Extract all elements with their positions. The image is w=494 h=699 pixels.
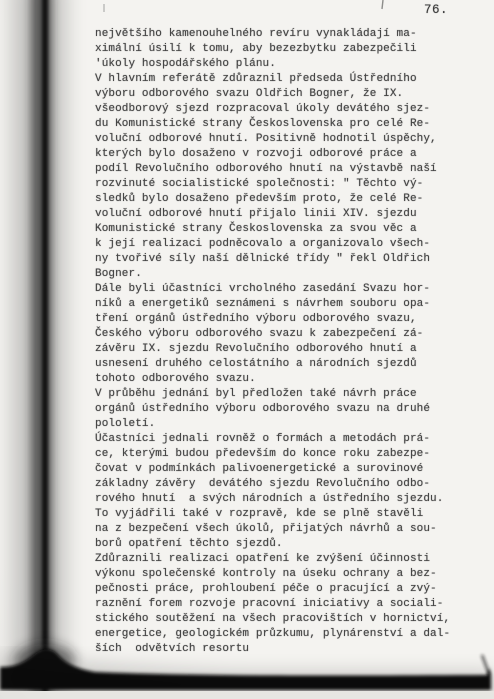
text-line: podíl Revolučního odborového hnutí na vý… [95,162,470,177]
text-line: du Komunistické strany Československa pr… [95,117,470,132]
text-line: Dále byli účastníci vrcholného zasedání … [95,282,470,297]
text-line: výboru odborového svazu Oldřich Bogner, … [95,87,470,102]
text-line: rového hnutí a svých národních a ústředn… [95,492,470,507]
text-line: borů opatření těchto sjezdů. [95,537,470,552]
text-line: raznění forem rozvoje pracovní iniciativ… [95,597,470,612]
text-line: tření orgánů ústředního výboru odborovéh… [95,312,470,327]
text-line: závěru IX. sjezdu Revolučního odborového… [95,342,470,357]
text-line: voluční odborové hnutí přijalo linii XIV… [95,207,470,222]
text-line: sledků bylo dosaženo především proto, že… [95,192,470,207]
text-line: tohoto odborového svazu. [95,372,470,387]
text-line: největšího kamenouhelného revíru vynaklá… [95,27,470,42]
text-line: k její realizaci podněcovalo a organizov… [95,237,470,252]
text-line: základny závěry devátého sjezdu Revolučn… [95,477,470,492]
text-line: 'úkoly hospodářského plánu. [95,57,470,72]
text-line: ších odvětvích resortu [95,642,470,657]
text-line: níků a energetiků seznámeni s návrhem so… [95,297,470,312]
typewritten-text-block: největšího kamenouhelného revíru vynaklá… [95,27,470,657]
text-line: V průběhu jednání byl předložen také náv… [95,387,470,402]
text-line: Českého výboru odborového svazu k zabezp… [95,327,470,342]
scan-noise-marks [104,0,383,12]
text-line: ce, kterými budou především do konce rok… [95,447,470,462]
text-line: rozvinuté socialistické společnosti: " T… [95,177,470,192]
text-line: Účastníci jednali rovněž o formách a met… [95,432,470,447]
text-line: na z bezpečení všech úkolů, přijatých ná… [95,522,470,537]
text-line: stického soutěžení na všech pracovištích… [95,612,470,627]
text-line: Zdůraznili realizaci opatření ke zvýšení… [95,552,470,567]
text-line: Komunistické strany Československa za sv… [95,222,470,237]
text-line: ny tvořivé síly naší dělnické třídy " ře… [95,252,470,267]
text-line: kterých bylo dosaženo v rozvoji odborové… [95,147,470,162]
book-gutter-shadow [12,0,75,699]
text-line: ximální úsilí k tomu, aby bezezbytku zab… [95,42,470,57]
text-line: orgánů ústředního výboru odborového svaz… [95,402,470,417]
text-line: všeodborový sjezd rozpracoval úkoly devá… [95,102,470,117]
text-line: usnesení druhého celostátního a národníc… [95,357,470,372]
text-line: energetice, geologickém průzkumu, plynár… [95,627,470,642]
text-line: čovat v podmínkách palivoenergetické a s… [95,462,470,477]
page-number: 76. [424,3,448,17]
text-line: pololetí. [95,417,470,432]
scanned-document-page: 76. největšího kamenouhelného revíru vyn… [0,0,494,699]
text-line: Bogner. [95,267,470,282]
text-line: výkonu společenské kontroly na úseku och… [95,567,470,582]
text-line: To vyjádřili také v rozpravě, kde se pln… [95,507,470,522]
scanner-bed-strip [0,691,494,699]
text-line: voluční odborové hnutí. Positivně hodnot… [95,132,470,147]
text-line: pečnosti práce, prohloubení péče o pracu… [95,582,470,597]
text-line: V hlavním referátě zdůraznil předseda Ús… [95,72,470,87]
